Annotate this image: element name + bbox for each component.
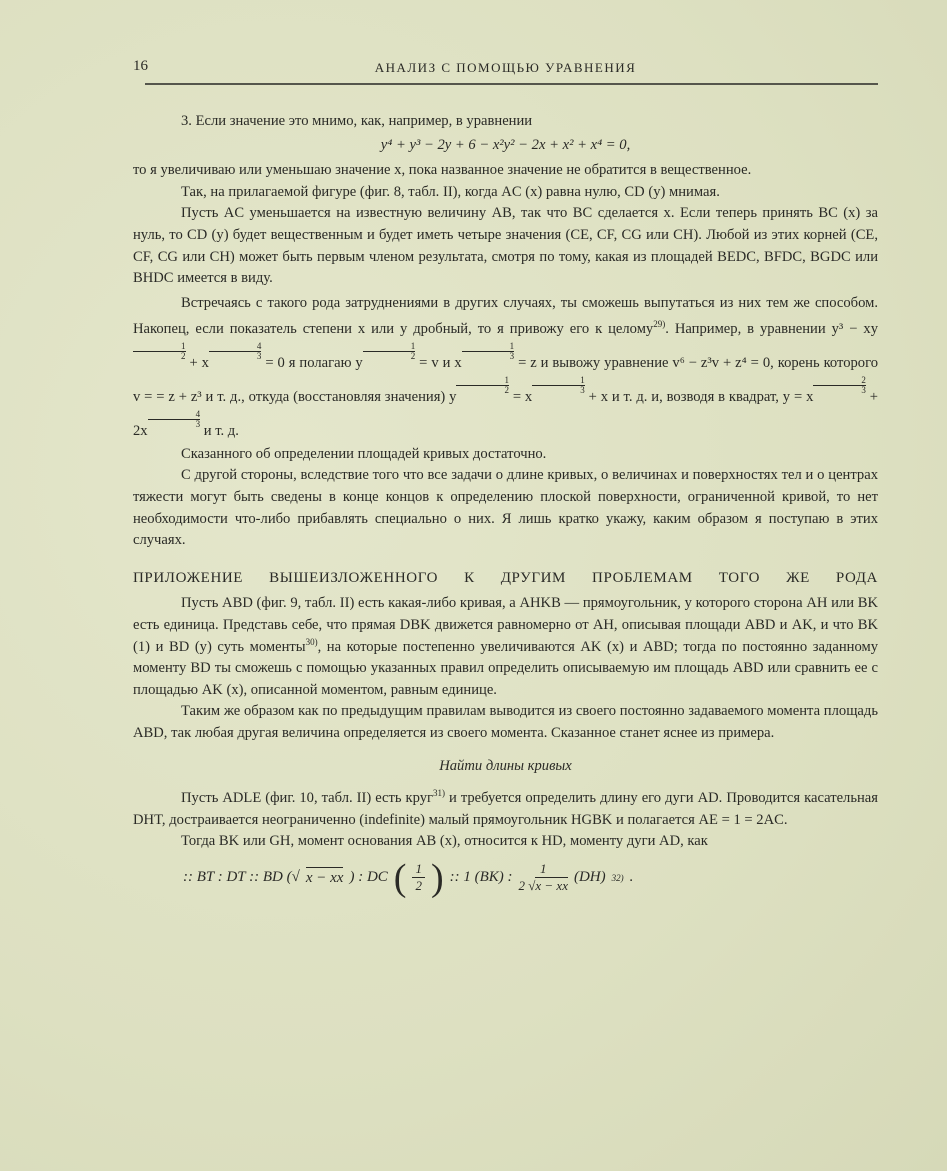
footnote-ref-31[interactable]: 31): [433, 788, 445, 798]
paragraph-then: Тогда BK или GH, момент основания AB (x)…: [133, 831, 878, 853]
exponent-third: 13: [462, 342, 515, 361]
header-rule: [145, 83, 878, 85]
exp-num: 1: [456, 376, 509, 385]
exponent-four-thirds: 43: [148, 410, 201, 429]
exponent-half: 12: [363, 342, 416, 361]
eq-part: ) : DC: [349, 867, 387, 889]
text: = 0 я полагаю y: [265, 355, 362, 371]
exp-den: 2: [456, 385, 509, 395]
exp-den: 3: [209, 351, 262, 361]
text: = x: [513, 389, 532, 405]
right-paren: ): [431, 859, 444, 897]
frac-num: 1: [412, 861, 425, 878]
eq-end: .: [630, 867, 634, 889]
text: = v и x: [419, 355, 461, 371]
eq-part: (DH): [574, 867, 606, 889]
exponent-four-thirds: 43: [209, 342, 262, 361]
text: + x: [189, 355, 208, 371]
footnote-ref-29[interactable]: 29): [653, 319, 665, 329]
proportion-equation: :: BT : DT :: BD (√x − xx) : DC (12) :: …: [133, 859, 878, 897]
exponent-two-thirds: 23: [813, 376, 866, 395]
exp-den: 3: [813, 385, 866, 395]
radicand: x − xx: [306, 867, 344, 890]
exp-num: 1: [133, 342, 186, 351]
eq-part: :: BT : DT :: BD (√: [183, 867, 300, 889]
exp-den: 3: [148, 419, 201, 429]
section-heading: ПРИЛОЖЕНИЕ ВЫШЕИЗЛОЖЕННОГО К ДРУГИМ ПРОБ…: [133, 568, 878, 590]
footnote-ref-30[interactable]: 30): [306, 637, 318, 647]
paragraph-3-cont: то я увеличиваю или уменьшаю значение x,…: [133, 160, 878, 182]
frac-den: 2 √x − xx: [519, 878, 568, 894]
exp-num: 1: [462, 342, 515, 351]
exp-num: 1: [532, 376, 585, 385]
text: . Например, в уравнении y³ − xy: [665, 321, 878, 337]
paragraph-circle: Пусть ADLE (фиг. 10, табл. II) есть круг…: [133, 788, 878, 831]
exp-den: 3: [532, 385, 585, 395]
exp-num: 4: [148, 410, 201, 419]
paragraph-fractional-exponent: Встречаясь с такого рода затруднениями в…: [133, 290, 878, 444]
text: и т. д.: [204, 423, 239, 439]
den-pre: 2 √: [519, 878, 536, 893]
exp-den: 3: [462, 351, 515, 361]
paragraph-fig8: Так, на прилагаемой фигуре (фиг. 8, табл…: [133, 182, 878, 204]
document-page: 16 АНАЛИЗ С ПОМОЩЬЮ УРАВНЕНИЯ 3. Если зн…: [133, 58, 878, 82]
fraction-root: 12 √x − xx: [519, 861, 568, 894]
radicand: x − xx: [535, 877, 568, 893]
fraction-half: 12: [412, 861, 425, 894]
subheading-curve-lengths: Найти длины кривых: [133, 756, 878, 778]
equation-1: y⁴ + y³ − 2y + 6 − x²y² − 2x + x² + x⁴ =…: [133, 135, 878, 157]
left-paren: (: [394, 859, 407, 897]
text: + x и т. д. и, возводя в квадрат, y = x: [589, 389, 814, 405]
exp-num: 1: [363, 342, 416, 351]
exp-num: 2: [813, 376, 866, 385]
page-header: 16 АНАЛИЗ С ПОМОЩЬЮ УРАВНЕНИЯ: [133, 58, 878, 82]
exp-num: 4: [209, 342, 262, 351]
exp-den: 2: [363, 351, 416, 361]
paragraph-enough: Сказанного об определении площадей кривы…: [133, 444, 878, 466]
paragraph-abd-curve: Пусть ABD (фиг. 9, табл. II) есть какая-…: [133, 593, 878, 701]
running-title: АНАЛИЗ С ПОМОЩЬЮ УРАВНЕНИЯ: [133, 60, 878, 76]
exp-den: 2: [133, 351, 186, 361]
paragraph-3-intro: 3. Если значение это мнимо, как, наприме…: [133, 111, 878, 133]
exponent-half: 12: [456, 376, 509, 395]
exponent-third: 13: [532, 376, 585, 395]
frac-den: 2: [415, 878, 422, 894]
frac-num: 1: [537, 861, 550, 878]
text: Пусть ADLE (фиг. 10, табл. II) есть круг: [181, 790, 433, 806]
eq-part: :: 1 (BK) :: [450, 867, 513, 889]
paragraph-other-side: С другой стороны, вследствие того что вс…: [133, 465, 878, 551]
exponent-half: 12: [133, 342, 186, 361]
paragraph-ac-decrease: Пусть AC уменьшается на известную величи…: [133, 203, 878, 289]
paragraph-same-way: Таким же образом как по предыдущим прави…: [133, 701, 878, 744]
page-body: 3. Если значение это мнимо, как, наприме…: [133, 111, 878, 897]
